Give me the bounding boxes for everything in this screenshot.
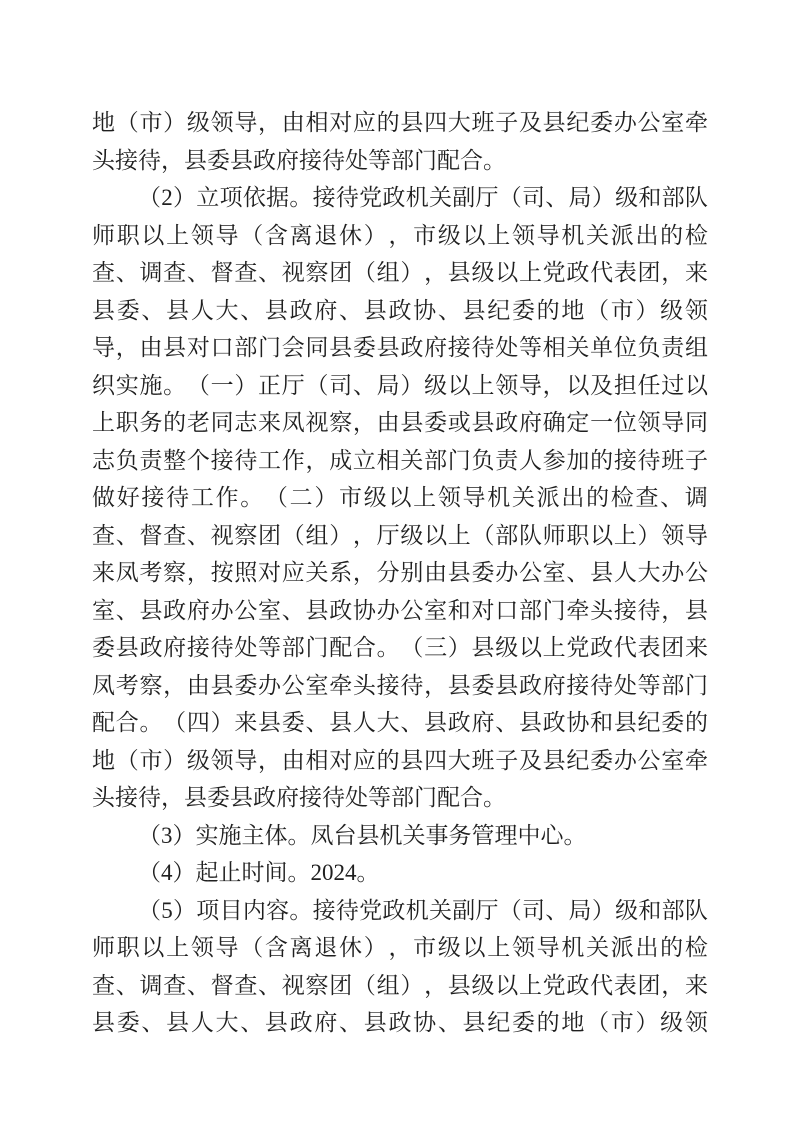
text-line: 志负责整个接待工作，成立相关部门负责人参加的接待班子 [92, 442, 708, 480]
text-line: （5）项目内容。接待党政机关副厅（司、局）级和部队 [92, 892, 708, 930]
text-line: 上职务的老同志来凤视察，由县委或县政府确定一位领导同 [92, 404, 708, 442]
text-line: 织实施。（一）正厅（司、局）级以上领导，以及担任过以 [92, 367, 708, 405]
text-line: 做好接待工作。（二）市级以上领导机关派出的检查、调 [92, 479, 708, 517]
text-line: 配合。（四）来县委、县人大、县政府、县政协和县纪委的 [92, 704, 708, 742]
text-line: 头接待，县委县政府接待处等部门配合。 [92, 142, 708, 180]
text-line: 头接待，县委县政府接待处等部门配合。 [92, 779, 708, 817]
text-line: 来凤考察，按照对应关系，分别由县委办公室、县人大办公 [92, 554, 708, 592]
text-line: 室、县政府办公室、县政协办公室和对口部门牵头接待，县 [92, 592, 708, 630]
text-block: 地（市）级领导，由相对应的县四大班子及县纪委办公室牵头接待，县委县政府接待处等部… [92, 104, 708, 1042]
text-line: 查、督查、视察团（组），厅级以上（部队师职以上）领导 [92, 517, 708, 555]
text-line: 县委、县人大、县政府、县政协、县纪委的地（市）级领 [92, 292, 708, 330]
text-line: 凤考察，由县委办公室牵头接待，县委县政府接待处等部门 [92, 667, 708, 705]
text-line: （3）实施主体。凤台县机关事务管理中心。 [92, 817, 708, 855]
text-line: （4）起止时间。2024。 [92, 854, 708, 892]
text-line: 师职以上领导（含离退休），市级以上领导机关派出的检 [92, 217, 708, 255]
text-line: 委县政府接待处等部门配合。（三）县级以上党政代表团来 [92, 629, 708, 667]
text-line: 查、调查、督查、视察团（组），县级以上党政代表团，来 [92, 254, 708, 292]
text-line: 师职以上领导（含离退休），市级以上领导机关派出的检 [92, 929, 708, 967]
text-line: 地（市）级领导，由相对应的县四大班子及县纪委办公室牵 [92, 104, 708, 142]
text-line: 地（市）级领导，由相对应的县四大班子及县纪委办公室牵 [92, 742, 708, 780]
text-line: 查、调查、督查、视察团（组），县级以上党政代表团，来 [92, 967, 708, 1005]
text-line: 县委、县人大、县政府、县政协、县纪委的地（市）级领 [92, 1004, 708, 1042]
text-line: （2）立项依据。接待党政机关副厅（司、局）级和部队 [92, 179, 708, 217]
text-line: 导，由县对口部门会同县委县政府接待处等相关单位负责组 [92, 329, 708, 367]
document-page: 地（市）级领导，由相对应的县四大班子及县纪委办公室牵头接待，县委县政府接待处等部… [0, 0, 793, 1122]
